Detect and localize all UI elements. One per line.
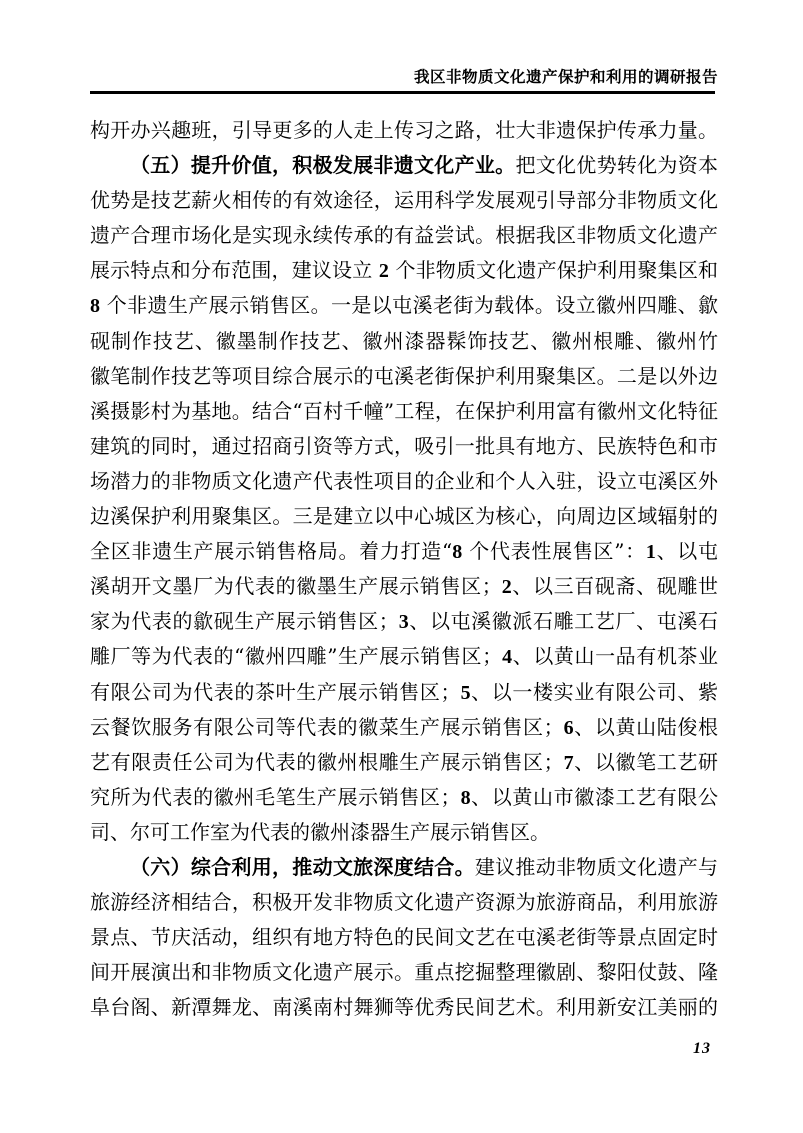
body-line: 景点、节庆活动，组织有地方特色的民间文艺在屯溪老街等景点固定时 (90, 920, 718, 955)
paragraph-heading: （五）提升价值，积极发展非遗文化产业。 (130, 153, 515, 177)
body-line: 砚制作技艺、徽墨制作技艺、徽州漆器髹饰技艺、徽州根雕、徽州竹编、 (90, 324, 718, 359)
body-line: 优势是技艺薪火相传的有效途径，运用科学发展观引导部分非物质文化 (90, 183, 718, 218)
page-header-title: 我区非物质文化遗产保护和利用的调研报告 (90, 64, 718, 90)
body-line: 遗产合理市场化是实现永续传承的有益尝试。根据我区非物质文化遗产 (90, 218, 718, 253)
body-line: 建筑的同时，通过招商引资等方式，吸引一批具有地方、民族特色和市 (90, 429, 718, 464)
body-line: 司、尔可工作室为代表的徽州漆器生产展示销售区。 (90, 815, 718, 850)
header-rule (90, 91, 715, 94)
body-line: 雕厂等为代表的“徽州四雕”生产展示销售区；4、以黄山一品有机茶业 (90, 639, 718, 674)
body-line: 8 个非遗生产展示销售区。一是以屯溪老街为载体。设立徽州四雕、歙 (90, 288, 718, 323)
body-line: 溪胡开文墨厂为代表的徽墨生产展示销售区；2、以三百砚斋、砚雕世 (90, 569, 718, 604)
body-line: 究所为代表的徽州毛笔生产展示销售区；8、以黄山市徽漆工艺有限公 (90, 780, 718, 815)
page-number: 13 (693, 1040, 711, 1058)
document-page: 我区非物质文化遗产保护和利用的调研报告 构开办兴趣班，引导更多的人走上传习之路，… (0, 0, 803, 1133)
body-line: 构开办兴趣班，引导更多的人走上传习之路，壮大非遗保护传承力量。 (90, 113, 718, 148)
body-line: 艺有限责任公司为代表的徽州根雕生产展示销售区；7、以徽笔工艺研 (90, 745, 718, 780)
paragraph-heading: （六）综合利用，推动文旅深度结合。 (130, 855, 475, 879)
body-line: 边溪保护利用聚集区。三是建立以中心城区为核心，向周边区域辐射的 (90, 499, 718, 534)
body-line: 场潜力的非物质文化遗产代表性项目的企业和个人入驻，设立屯溪区外 (90, 464, 718, 499)
body-line: （五）提升价值，积极发展非遗文化产业。把文化优势转化为资本 (90, 148, 718, 183)
body-line: （六）综合利用，推动文旅深度结合。建议推动非物质文化遗产与 (90, 850, 718, 885)
body-line: 间开展演出和非物质文化遗产展示。重点挖掘整理徽剧、黎阳仗鼓、隆 (90, 955, 718, 990)
body-line: 展示特点和分布范围，建议设立 2 个非物质文化遗产保护利用聚集区和 (90, 253, 718, 288)
body-line: 云餐饮服务有限公司等代表的徽菜生产展示销售区；6、以黄山陆俊根 (90, 710, 718, 745)
body-line: 全区非遗生产展示销售格局。着力打造“8 个代表性展售区”：1、以屯 (90, 534, 718, 569)
body-line: 有限公司为代表的茶叶生产展示销售区；5、以一楼实业有限公司、紫 (90, 675, 718, 710)
body-line: 溪摄影村为基地。结合“百村千幢”工程，在保护利用富有徽州文化特征 (90, 394, 718, 429)
document-body: 构开办兴趣班，引导更多的人走上传习之路，壮大非遗保护传承力量。（五）提升价值，积… (90, 113, 718, 1025)
body-line: 家为代表的歙砚生产展示销售区；3、以屯溪徽派石雕工艺厂、屯溪石 (90, 604, 718, 639)
body-line: 阜台阁、新潭舞龙、南溪南村舞狮等优秀民间艺术。利用新安江美丽的 (90, 990, 718, 1025)
body-line: 旅游经济相结合，积极开发非物质文化遗产资源为旅游商品，利用旅游 (90, 885, 718, 920)
body-line: 徽笔制作技艺等项目综合展示的屯溪老街保护利用聚集区。二是以外边 (90, 359, 718, 394)
